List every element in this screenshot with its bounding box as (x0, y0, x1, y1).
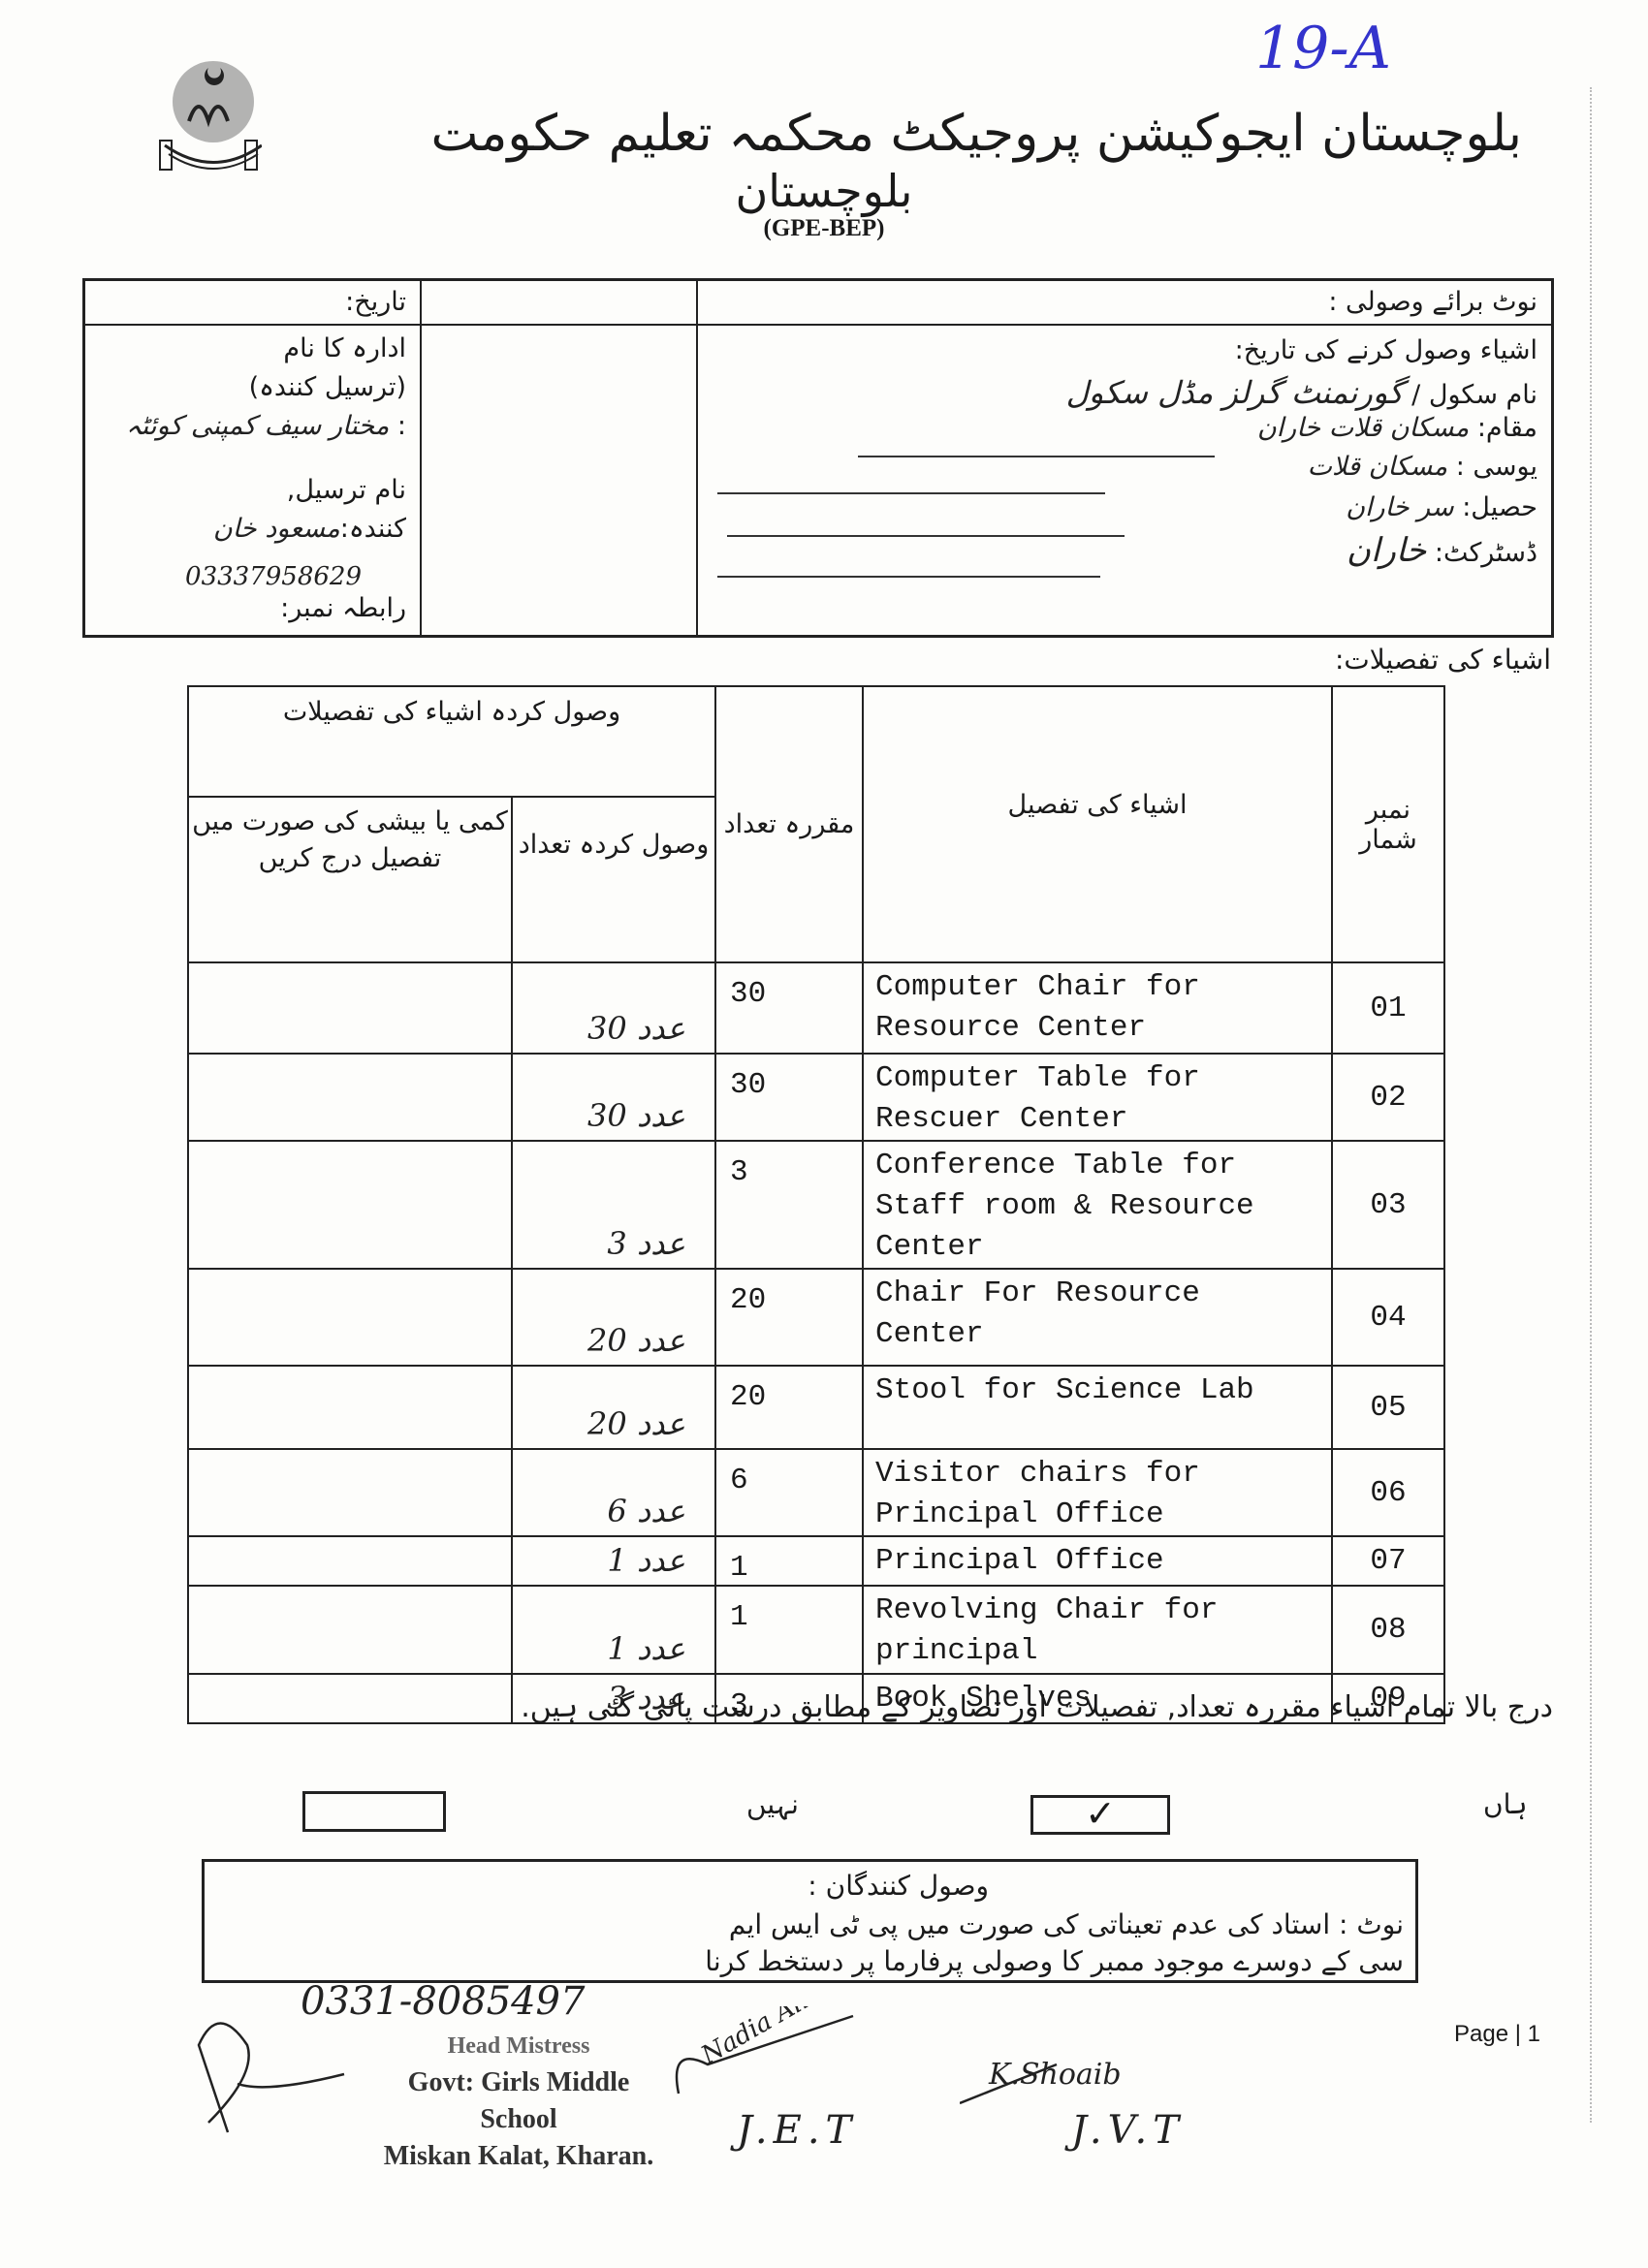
yes-checkbox[interactable]: ✓ (1030, 1795, 1170, 1835)
table-row: 6 عدد6Visitor chairs for Principal Offic… (188, 1449, 1444, 1536)
item-cell: Computer Chair for Resource Center (863, 962, 1332, 1054)
allotted-qty-cell: 1 (715, 1536, 863, 1586)
received-details-header: وصول کردہ اشیاء کی تفصیلات (188, 686, 715, 797)
item-cell: Principal Office (863, 1536, 1332, 1586)
table-row: 20 عدد20Chair For Resource Center04 (188, 1269, 1444, 1366)
institution-value[interactable]: : مختار سیف کمپنی کوئٹہ (126, 411, 406, 441)
district-field[interactable]: ڈسٹرکٹ: خاران (1347, 531, 1537, 570)
yes-label: ہاں (1483, 1788, 1528, 1820)
school-name-field[interactable]: نام سکول / گورنمنٹ گرلز مڈل سکول (1066, 374, 1537, 411)
received-qty-cell[interactable]: 3 عدد (512, 1141, 715, 1269)
table-row: 1 عدد1Principal Office07 (188, 1536, 1444, 1586)
page-title: بلوچستان ایجوکیشن پروجیکٹ محکمہ تعلیم حک… (431, 105, 1523, 163)
district-underline (717, 576, 1100, 578)
note-line-2: سی کے دوسرے موجود ممبر کا وصولی پرفارما … (705, 1945, 1404, 1977)
signature-jvt: K.Shoaib (960, 2026, 1134, 2113)
location-underline (858, 456, 1215, 457)
received-qty-cell[interactable]: 1 عدد (512, 1586, 715, 1674)
serial-no-header: نمبر شمار (1332, 686, 1444, 962)
receipt-section: نوٹ برائے وصولی : اشیاء وصول کرنے کی تار… (698, 281, 1551, 635)
receivers-title: وصول کنندگان : (808, 1870, 989, 1902)
received-qty-cell[interactable]: 6 عدد (512, 1449, 715, 1536)
allotted-qty-cell: 1 (715, 1586, 863, 1674)
institution-label: ادارہ کا نام (283, 333, 406, 363)
allotted-qty-cell: 3 (715, 1141, 863, 1269)
confirmation-statement: درج بالا تمام اشیاء مقررہ تعداد, تفصیلات… (60, 1685, 1553, 1731)
receivers-note-box: وصول کنندگان : نوٹ : استاد کی عدم تعینات… (202, 1859, 1418, 1983)
serial-no-cell: 02 (1332, 1054, 1444, 1141)
item-cell: Chair For Resource Center (863, 1269, 1332, 1366)
uc-field[interactable]: یوسی : مسکان قلات (1308, 452, 1537, 482)
allotted-qty-cell: 20 (715, 1269, 863, 1366)
sender-name-field[interactable]: کنندہ:مسعود خان (213, 514, 406, 544)
received-qty-cell[interactable]: 20 عدد (512, 1366, 715, 1449)
remarks-cell[interactable] (188, 1054, 512, 1141)
serial-no-cell: 08 (1332, 1586, 1444, 1674)
serial-no-cell: 01 (1332, 962, 1444, 1054)
note-line-1: نوٹ : استاد کی عدم تعیناتی کی صورت میں پ… (729, 1908, 1404, 1940)
table-row: 1 عدد1Revolving Chair for principal08 (188, 1586, 1444, 1674)
svg-text:Nadia Ali: Nadia Ali (696, 2006, 814, 2071)
serial-no-cell: 05 (1332, 1366, 1444, 1449)
allotted-qty-cell: 6 (715, 1449, 863, 1536)
item-cell: Conference Table for Staff room & Resour… (863, 1141, 1332, 1269)
sender-label: نام ترسیل, (287, 475, 406, 505)
allotted-qty-cell: 30 (715, 962, 863, 1054)
handwritten-reference: 19-A (1255, 15, 1391, 82)
remarks-cell[interactable] (188, 1536, 512, 1586)
location-field[interactable]: مقام: مسکان قلات خاران (1257, 413, 1537, 443)
checkmark-icon: ✓ (1033, 1792, 1167, 1835)
serial-no-cell: 03 (1332, 1141, 1444, 1269)
tehsil-underline (727, 535, 1125, 537)
contact-label: رابطہ نمبر: (280, 593, 406, 623)
svg-text:K.Shoaib: K.Shoaib (988, 2058, 1122, 2092)
uc-underline (717, 492, 1105, 494)
allotted-qty-cell: 20 (715, 1366, 863, 1449)
page-title-line-2: بلوچستان (0, 165, 1648, 217)
scan-margin-line (1590, 87, 1592, 2123)
signature-head-mistress (179, 2006, 354, 2142)
designation-jvt: J.V.T (1071, 2108, 1185, 2153)
sender-section: تاریخ: ادارہ کا نام (ترسیل کنندہ) : مختا… (85, 281, 420, 635)
received-qty-cell[interactable]: 20 عدد (512, 1269, 715, 1366)
receipt-note-title: نوٹ برائے وصولی : (1328, 287, 1537, 317)
item-cell: Visitor chairs for Principal Office (863, 1449, 1332, 1536)
table-row: 20 عدد20Stool for Science Lab05 (188, 1366, 1444, 1449)
serial-no-cell: 04 (1332, 1269, 1444, 1366)
remarks-cell[interactable] (188, 1366, 512, 1449)
info-box: تاریخ: ادارہ کا نام (ترسیل کنندہ) : مختا… (82, 278, 1554, 638)
received-qty-cell[interactable]: 1 عدد (512, 1536, 715, 1586)
table-row: 30 عدد30Computer Table for Rescuer Cente… (188, 1054, 1444, 1141)
received-qty-header: وصول کردہ تعداد (512, 797, 715, 962)
serial-no-cell: 07 (1332, 1536, 1444, 1586)
tehsil-field[interactable]: حصیل: سر خاران (1346, 492, 1537, 522)
remarks-cell[interactable] (188, 1269, 512, 1366)
no-label: نہیں (746, 1788, 799, 1820)
items-section-label: اشیاء کی تفصیلات: (1335, 644, 1551, 676)
received-qty-cell[interactable]: 30 عدد (512, 1054, 715, 1141)
remarks-cell[interactable] (188, 1141, 512, 1269)
blank-column (422, 281, 696, 635)
items-table: وصول کردہ اشیاء کی تفصیلات مقررہ تعداد ا… (187, 685, 1443, 1683)
project-code: (GPE-BEP) (0, 215, 1648, 242)
page-number: Page | 1 (1454, 2021, 1540, 2048)
school-stamp: Head Mistress Govt: Girls Middle School … (373, 2028, 664, 2175)
table-row: 30 عدد30Computer Chair for Resource Cent… (188, 962, 1444, 1054)
item-cell: Stool for Science Lab (863, 1366, 1332, 1449)
received-qty-cell[interactable]: 30 عدد (512, 962, 715, 1054)
contact-number-value[interactable]: 03337958629 (185, 562, 362, 591)
allotted-qty-header: مقررہ تعداد (715, 686, 863, 962)
item-details-header: اشیاء کی تفصیل (863, 686, 1332, 962)
no-checkbox[interactable] (302, 1791, 446, 1832)
receipt-date-label: اشیاء وصول کرنے کی تاریخ: (1235, 335, 1537, 365)
item-cell: Revolving Chair for principal (863, 1586, 1332, 1674)
designation-jet: J.E.T (737, 2108, 857, 2153)
remarks-cell[interactable] (188, 962, 512, 1054)
allotted-qty-cell: 30 (715, 1054, 863, 1141)
institution-label-2: (ترسیل کنندہ) (249, 372, 406, 402)
date-label: تاریخ: (345, 287, 406, 317)
table-row: 3 عدد3Conference Table for Staff room & … (188, 1141, 1444, 1269)
remarks-cell[interactable] (188, 1449, 512, 1536)
serial-no-cell: 06 (1332, 1449, 1444, 1536)
remarks-cell[interactable] (188, 1586, 512, 1674)
signature-jet: Nadia Ali (669, 2006, 863, 2123)
shortfall-details-header: کمی یا بیشی کی صورت میں تفصیل درج کریں (188, 797, 512, 962)
item-cell: Computer Table for Rescuer Center (863, 1054, 1332, 1141)
